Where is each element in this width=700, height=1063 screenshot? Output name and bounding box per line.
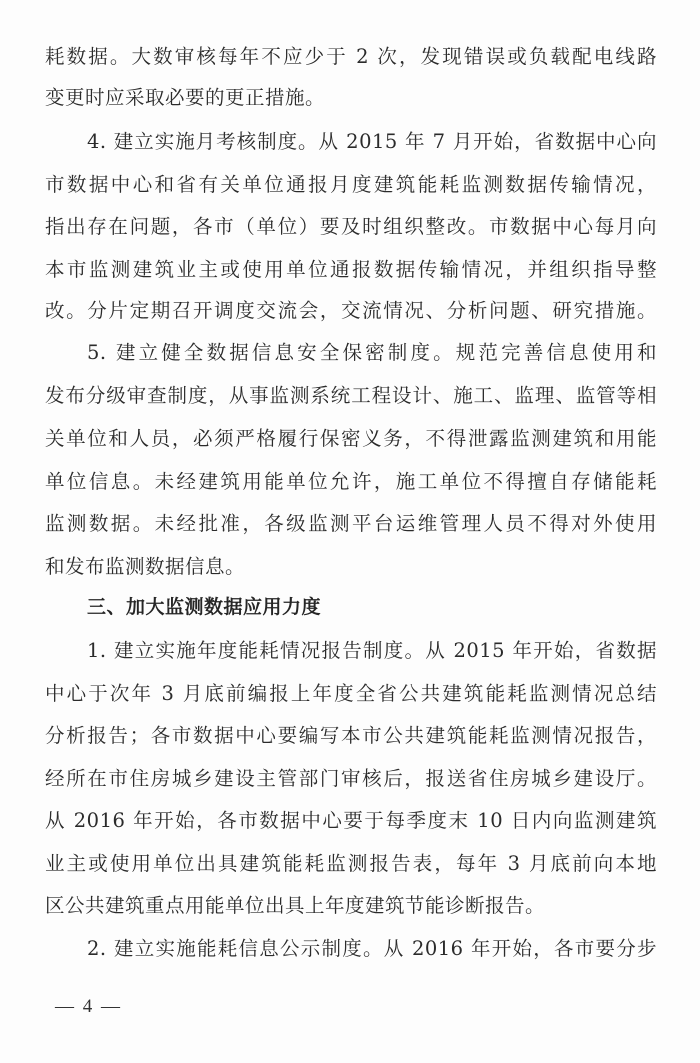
text-line: 5. 建立健全数据信息安全保密制度。规范完善信息使用和 [87, 340, 657, 366]
text-line: 区公共建筑重点用能单位出具上年度建筑节能诊断报告。 [45, 893, 657, 919]
text-line: 关单位和人员，必须严格履行保密义务，不得泄露监测建筑和用能 [45, 426, 657, 452]
text-line: 1. 建立实施年度能耗情况报告制度。从 2015 年开始，省数据 [87, 638, 657, 664]
text-line: 和发布监测数据信息。 [45, 554, 657, 580]
text-line: 业主或使用单位出具建筑能耗监测报告表，每年 3 月底前向本地 [45, 851, 657, 877]
text-line: 本市监测建筑业主或使用单位通报数据传输情况，并组织指导整 [45, 257, 657, 283]
text-line: 改。分片定期召开调度交流会，交流情况、分析问题、研究措施。 [45, 298, 657, 324]
text-line: 监测数据。未经批准，各级监测平台运维管理人员不得对外使用 [45, 511, 657, 537]
text-line: 从 2016 年开始，各市数据中心要于每季度末 10 日内向监测建筑 [45, 808, 657, 834]
text-line: 分析报告；各市数据中心要编写本市公共建筑能耗监测情况报告， [45, 723, 657, 749]
section-heading: 三、加大监测数据应用力度 [87, 594, 657, 620]
text-line: 指出存在问题，各市（单位）要及时组织整改。市数据中心每月向 [45, 214, 657, 240]
text-line: 耗数据。大数审核每年不应少于 2 次，发现错误或负载配电线路 [45, 44, 657, 70]
text-line: 变更时应采取必要的更正措施。 [45, 85, 657, 111]
document-page: 耗数据。大数审核每年不应少于 2 次，发现错误或负载配电线路变更时应采取必要的更… [0, 0, 700, 1063]
text-line: 2. 建立实施能耗信息公示制度。从 2016 年开始，各市要分步 [87, 936, 657, 962]
text-line: 发布分级审查制度，从事监测系统工程设计、施工、监理、监管等相 [45, 383, 657, 409]
text-line: 4. 建立实施月考核制度。从 2015 年 7 月开始，省数据中心向 [87, 129, 657, 155]
text-line: 单位信息。未经建筑用能单位允许，施工单位不得擅自存储能耗 [45, 469, 657, 495]
text-line: 中心于次年 3 月底前编报上年度全省公共建筑能耗监测情况总结 [45, 681, 657, 707]
text-line: 市数据中心和省有关单位通报月度建筑能耗监测数据传输情况， [45, 172, 657, 198]
page-number: — 4 — [55, 996, 122, 1018]
text-line: 经所在市住房城乡建设主管部门审核后，报送省住房城乡建设厅。 [45, 766, 657, 792]
